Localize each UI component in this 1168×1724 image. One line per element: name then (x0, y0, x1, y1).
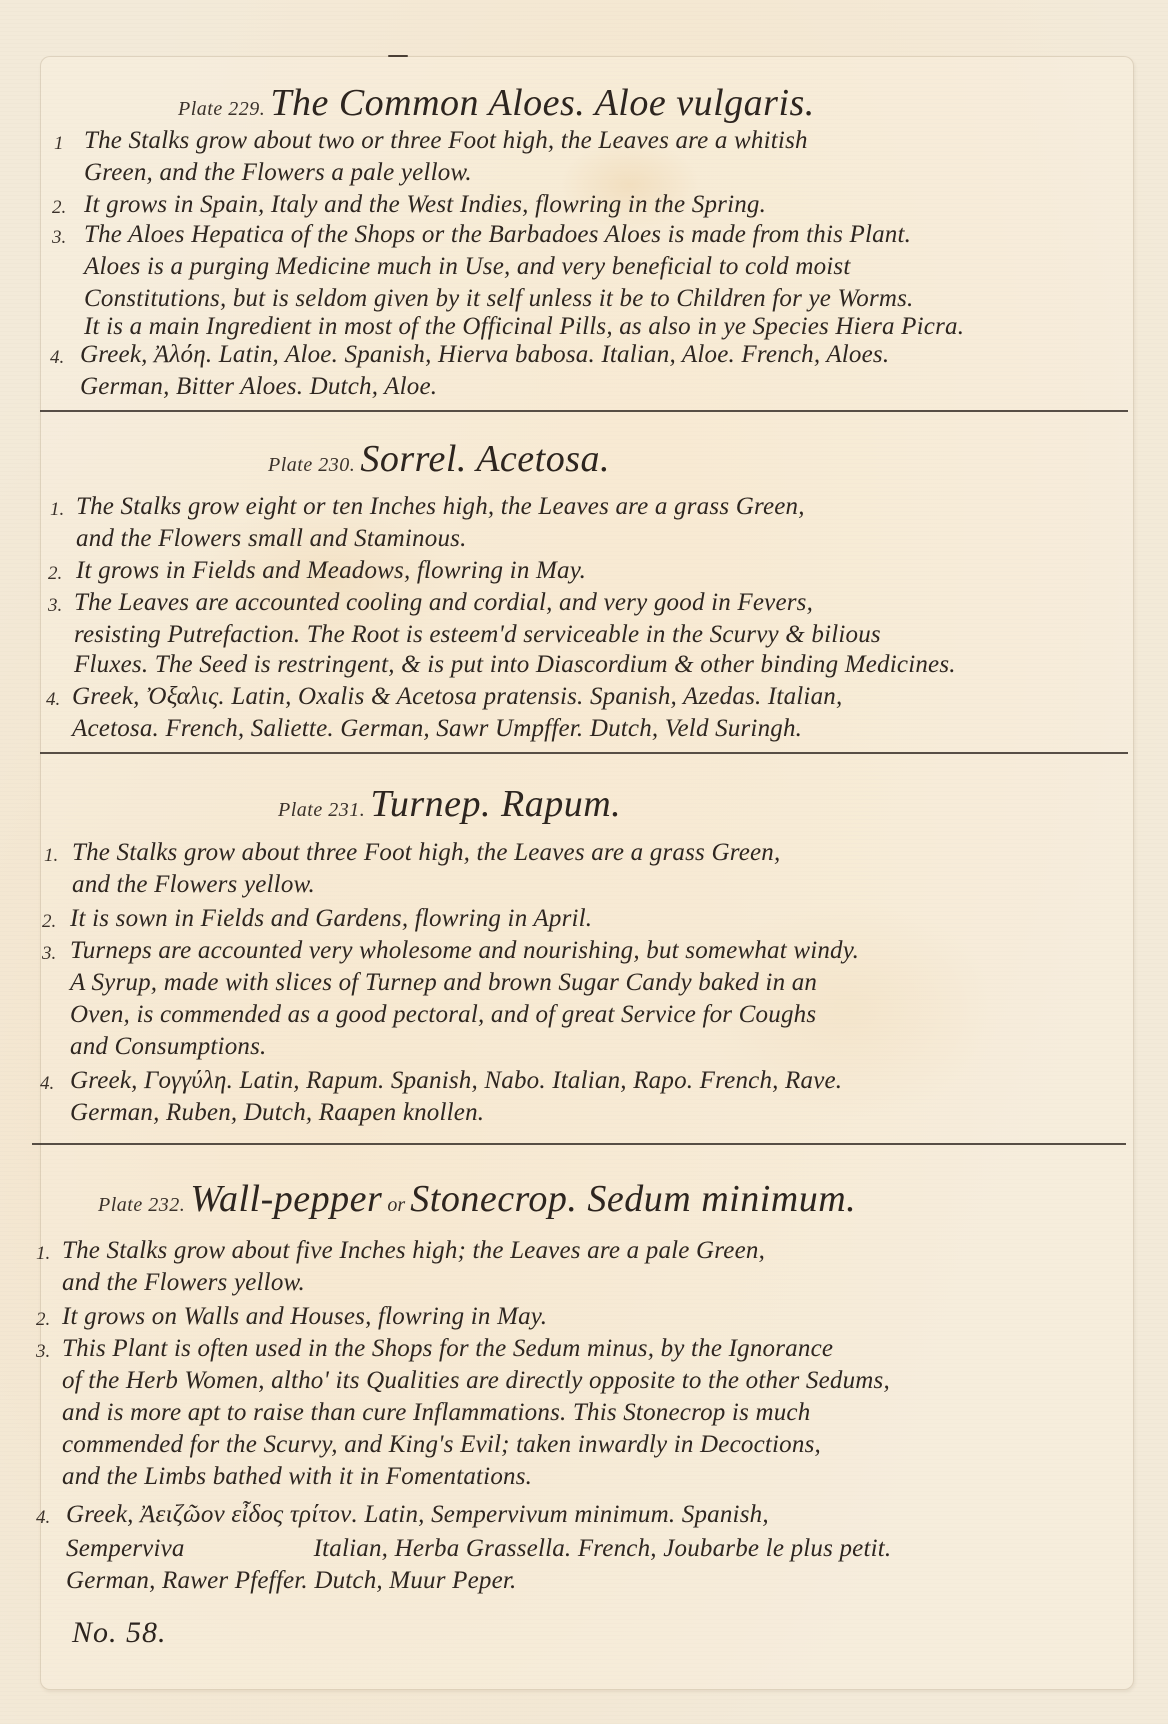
entry-line: The Stalks grow about two or three Foot … (84, 128, 808, 153)
entry-number: 3. (36, 1342, 50, 1361)
entry-line: The Stalks grow about three Foot high, t… (72, 840, 780, 865)
plate-title: Wall-pepper (190, 1178, 382, 1220)
entry-line: of the Herb Women, altho' its Qualities … (62, 1368, 890, 1393)
entry-line: Semperviva Italian, Herba Grassella. Fre… (66, 1536, 891, 1561)
entry-number: 4. (36, 1508, 50, 1527)
entry-line: and the Limbs bathed with it in Fomentat… (62, 1464, 532, 1489)
plate-title: Sorrel. Acetosa. (360, 438, 610, 480)
plate-title-or: or (387, 1194, 405, 1216)
entry-number: 3. (52, 228, 66, 247)
entry-line: German, Rawer Pfeffer. Dutch, Muur Peper… (66, 1568, 517, 1593)
entry-line: Acetosa. French, Saliette. German, Sawr … (72, 716, 802, 741)
entry-line: Constitutions, but is seldom given by it… (84, 286, 914, 311)
entry-line: It is sown in Fields and Gardens, flowri… (70, 906, 592, 931)
entry-line: Green, and the Flowers a pale yellow. (84, 160, 472, 185)
entry-line: commended for the Scurvy, and King's Evi… (62, 1432, 821, 1457)
entry-line: and the Flowers small and Staminous. (76, 526, 467, 551)
entry-number: 3. (42, 944, 56, 963)
entry-line: and Consumptions. (70, 1034, 266, 1059)
entry-number: 1. (50, 500, 64, 519)
entry-line: and the Flowers yellow. (72, 872, 315, 897)
entry-number: 1. (44, 846, 58, 865)
section-divider (32, 1143, 1126, 1145)
entry-line: It grows on Walls and Houses, flowring i… (62, 1304, 547, 1329)
entry-line: The Stalks grow eight or ten Inches high… (76, 494, 805, 519)
entry-line: Aloes is a purging Medicine much in Use,… (84, 254, 851, 279)
entry-line: It grows in Spain, Italy and the West In… (84, 192, 766, 217)
plate-heading: Plate 231. Turnep. Rapum. (278, 785, 621, 823)
entry-line: Greek, Γογγύλη. Latin, Rapum. Spanish, N… (70, 1068, 842, 1093)
entry-number: 3. (48, 596, 62, 615)
entry-line: and the Flowers yellow. (62, 1270, 305, 1295)
entry-number: 2. (36, 1310, 50, 1329)
entry-number: 4. (46, 690, 60, 709)
entry-line: The Leaves are accounted cooling and cor… (74, 590, 813, 615)
entry-line: It grows in Fields and Meadows, flowring… (76, 558, 586, 583)
entry-line: German, Ruben, Dutch, Raapen knollen. (70, 1100, 484, 1125)
plate-title: Turnep. Rapum. (370, 783, 621, 825)
entry-line: The Aloes Hepatica of the Shops or the B… (84, 222, 911, 247)
plate-title: The Common Aloes. Aloe vulgaris. (270, 82, 814, 124)
plate-label: Plate 232. (98, 1194, 185, 1216)
entry-number: 2. (52, 198, 66, 217)
plate-heading: Plate 229. The Common Aloes. Aloe vulgar… (178, 84, 815, 122)
entry-line: Oven, is commended as a good pectoral, a… (70, 1002, 816, 1027)
section-divider (40, 410, 1128, 412)
entry-line: German, Bitter Aloes. Dutch, Aloe. (80, 374, 437, 399)
entry-line: This Plant is often used in the Shops fo… (62, 1336, 833, 1361)
document-page: Plate 229. The Common Aloes. Aloe vulgar… (0, 0, 1168, 1724)
plate-label: Plate 229. (178, 98, 265, 120)
entry-line: resisting Putrefaction. The Root is este… (74, 622, 881, 647)
entry-line: Greek, Ἀειζῶον εἶδος τρίτον. Latin, Semp… (66, 1502, 769, 1527)
page-number: No. 58. (72, 1616, 167, 1650)
plate-label: Plate 230. (268, 454, 355, 476)
entry-line: It is a main Ingredient in most of the O… (84, 314, 964, 339)
entry-number: 2. (42, 912, 56, 931)
plate-title-rest: Stonecrop. Sedum minimum. (410, 1178, 856, 1220)
plate-heading: Plate 230. Sorrel. Acetosa. (268, 440, 610, 478)
entry-line: Greek, Ὀξαλις. Latin, Oxalis & Acetosa p… (72, 684, 842, 709)
entry-number: 4. (50, 348, 64, 367)
entry-line: Turneps are accounted very wholesome and… (70, 938, 859, 963)
entry-line: and is more apt to raise than cure Infla… (62, 1400, 810, 1425)
entry-line: Greek, Ἀλόη. Latin, Aloe. Spanish, Hierv… (80, 342, 889, 367)
plate-label: Plate 231. (278, 799, 365, 821)
entry-number: 1 (54, 134, 64, 153)
plate-heading: Plate 232. Wall-pepper or Stonecrop. Sed… (98, 1180, 856, 1218)
section-divider (40, 752, 1128, 754)
entry-number: 1. (36, 1244, 50, 1263)
entry-number: 4. (40, 1074, 54, 1093)
entry-line: Fluxes. The Seed is restringent, & is pu… (74, 652, 956, 677)
entry-line: The Stalks grow about five Inches high; … (62, 1238, 765, 1263)
entry-number: 2. (48, 564, 62, 583)
entry-line: A Syrup, made with slices of Turnep and … (70, 970, 817, 995)
